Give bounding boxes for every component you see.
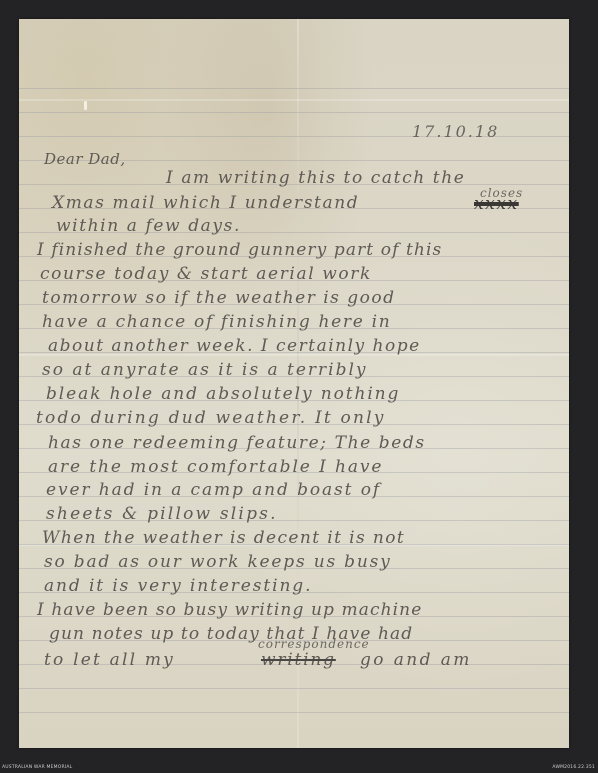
letter-line: are the most comfortable I have — [48, 459, 383, 476]
letter-line: within a few days. — [56, 218, 241, 235]
letter-line: go and am — [360, 652, 472, 669]
letter-line: and it is very interesting. — [44, 578, 312, 595]
letter-line: have a chance of finishing here in — [42, 314, 391, 331]
letter-line: course today & start aerial work — [40, 266, 372, 283]
archive-credit-label: AUSTRALIAN WAR MEMORIAL — [2, 765, 72, 770]
inserted-word-correspondence: correspondence — [258, 637, 370, 651]
struck-word-writing: writing — [261, 652, 336, 669]
letter-line: Xmas mail which I understand — [52, 195, 359, 212]
letter-line: has one redeeming feature; The beds — [48, 435, 426, 452]
letter-line: sheets & pillow slips. — [46, 506, 278, 523]
archive-reference-label: AWM2016.22.351 — [552, 765, 595, 770]
ruled-line — [19, 112, 569, 113]
letter-line: to let all my — [44, 652, 175, 669]
paper-tear-mark — [84, 101, 87, 110]
letter-line: tomorrow so if the weather is good — [42, 290, 396, 307]
ruled-line — [19, 688, 569, 689]
document-viewer: 17.10.18 Dear Dad, I am writing this to … — [0, 0, 598, 773]
letter-line: When the weather is decent it is not — [42, 530, 405, 547]
salutation: Dear Dad, — [44, 152, 126, 167]
letter-line: I am writing this to catch the — [166, 170, 465, 187]
struck-word: xxxx — [474, 196, 519, 213]
letter-line: todo during dud weather. It only — [36, 410, 386, 427]
letter-line: I finished the ground gunnery part of th… — [37, 242, 442, 259]
letter-line: so at anyrate as it is a terribly — [42, 362, 368, 379]
paper-fold-horizontal — [19, 99, 569, 101]
letter-line: so bad as our work keeps us busy — [44, 554, 392, 571]
letter-line: about another week. I certainly hope — [48, 338, 421, 355]
ruled-line — [19, 88, 569, 89]
letter-line: I have been so busy writing up machine — [37, 602, 422, 619]
letter-line: bleak hole and absolutely nothing — [46, 386, 400, 403]
letter-line: ever had in a camp and boast of — [46, 482, 381, 499]
letter-date: 17.10.18 — [412, 122, 499, 141]
ruled-line — [19, 712, 569, 713]
